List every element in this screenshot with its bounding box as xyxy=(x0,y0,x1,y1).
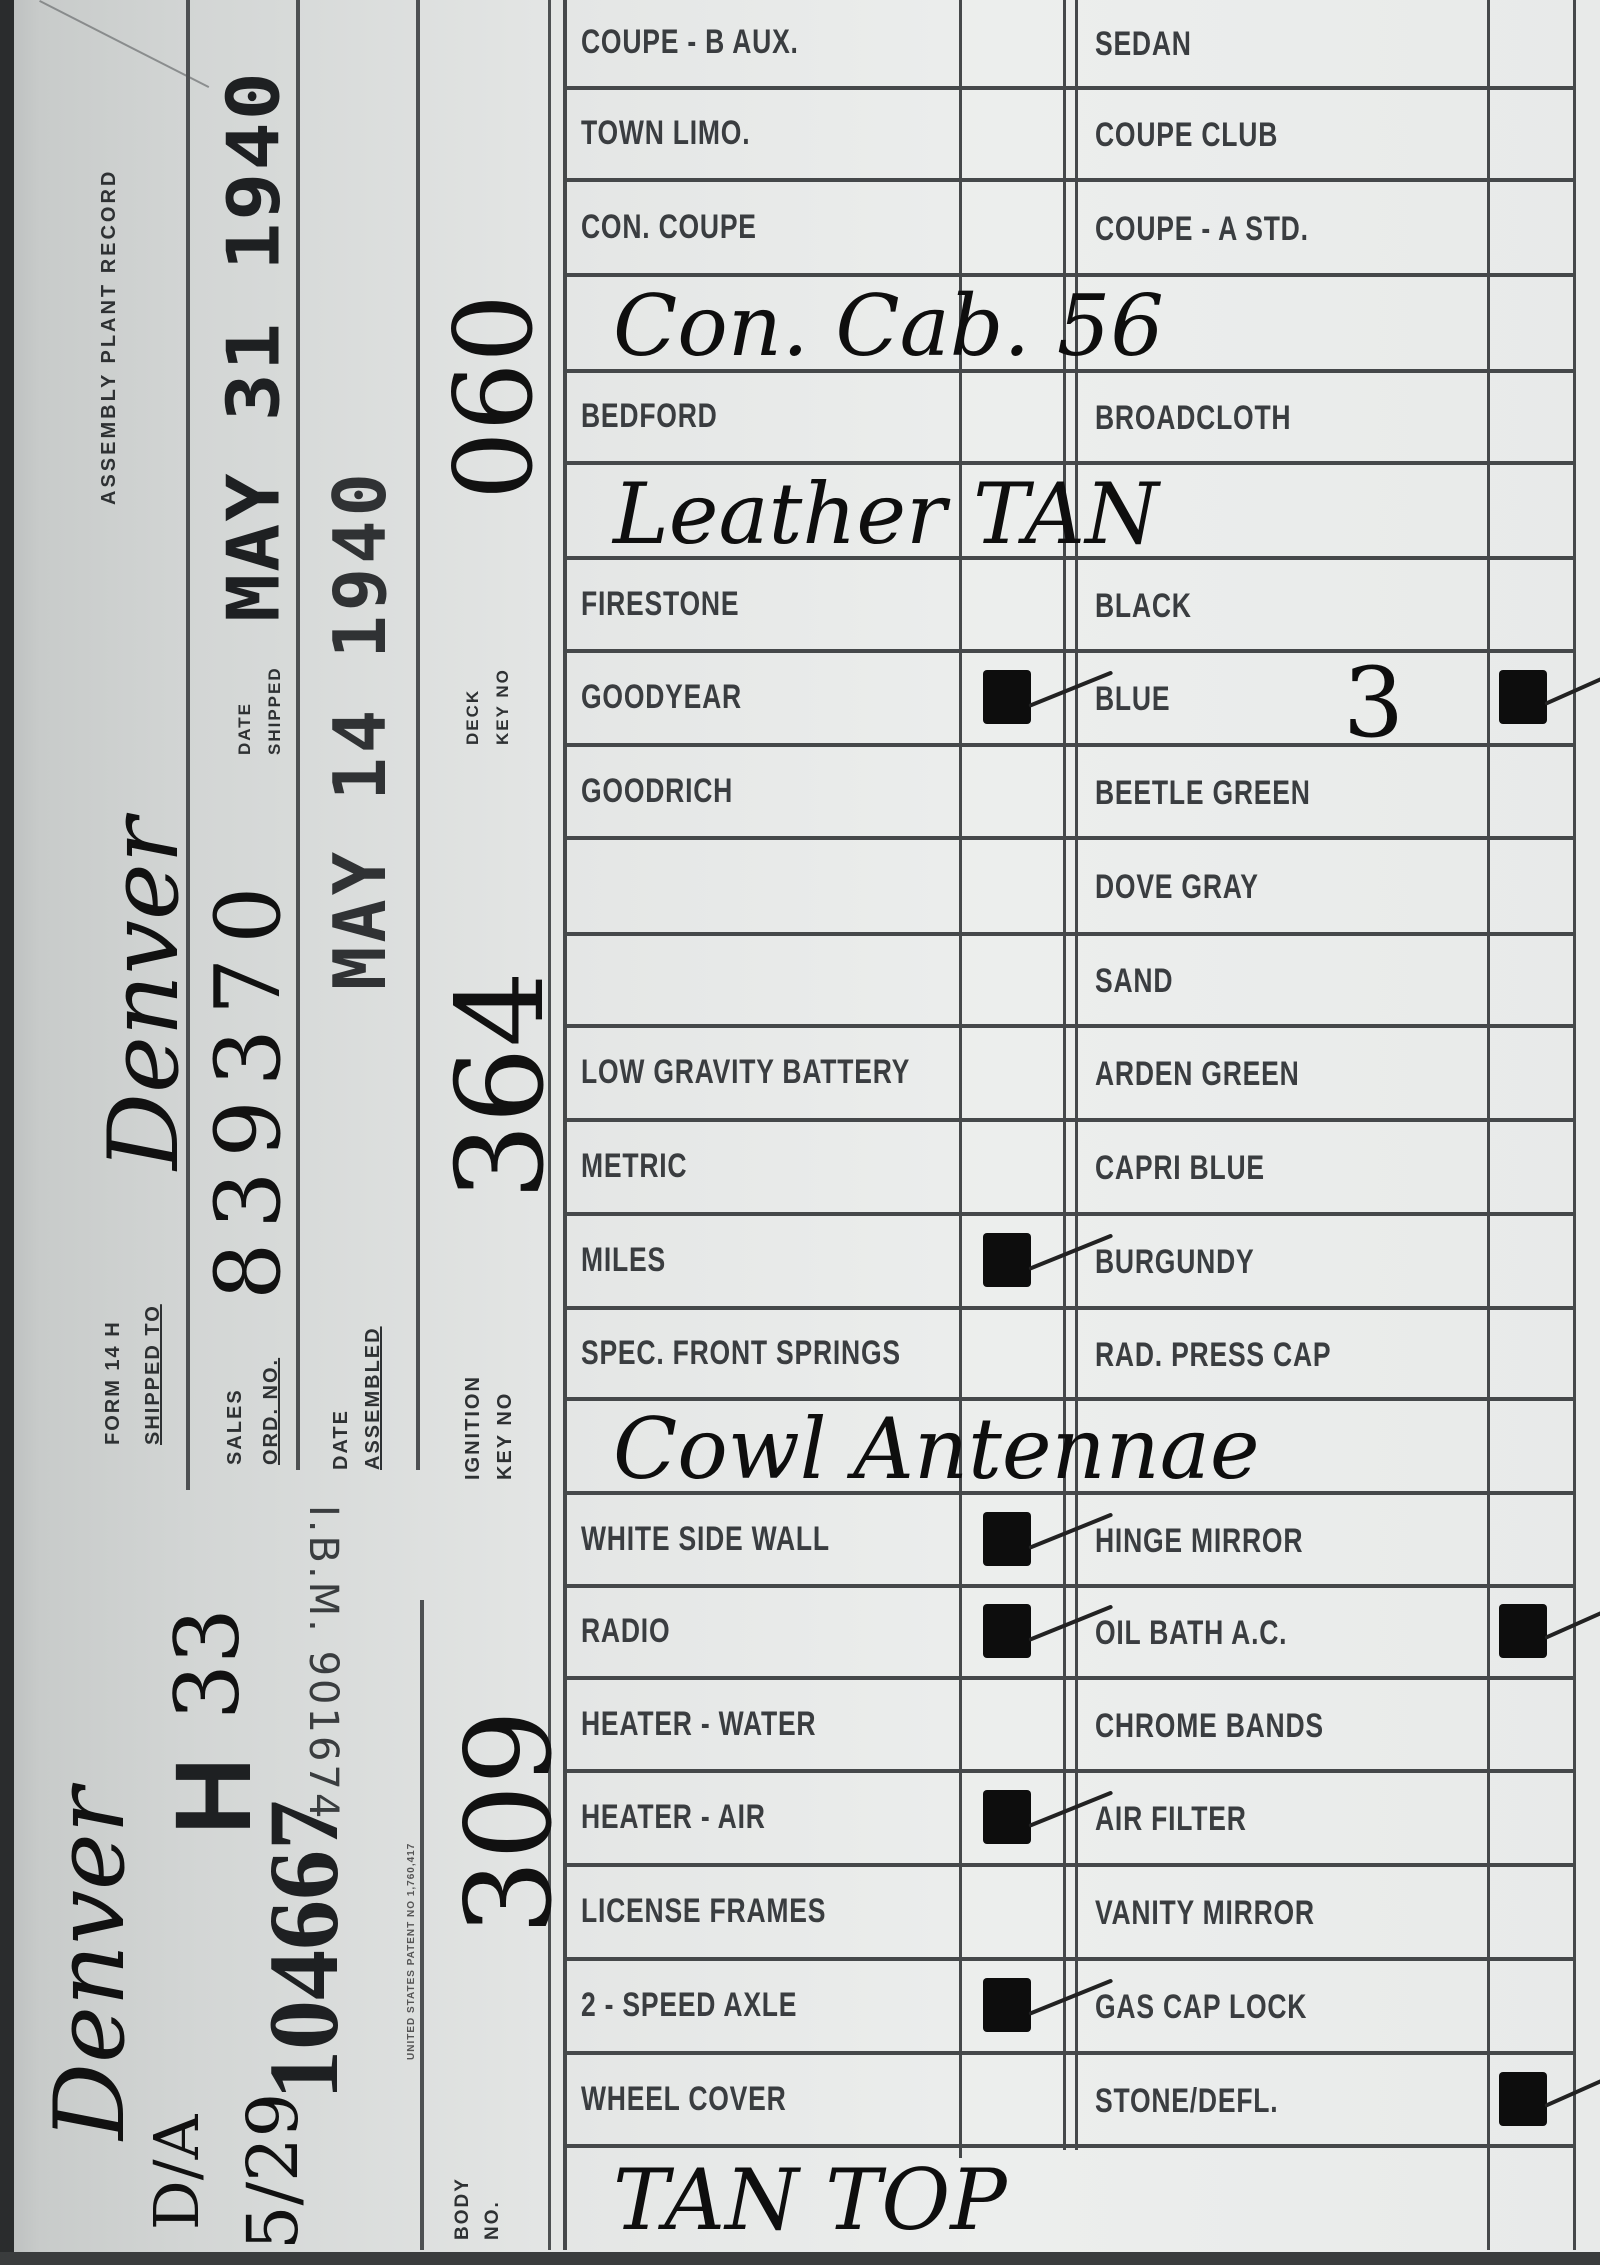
option-checkbox-right[interactable] xyxy=(1491,653,1573,747)
option-row: LICENSE FRAMESVANITY MIRROR xyxy=(563,1867,1576,1961)
sales-ord-label-line2: ORD. NO. xyxy=(258,1358,284,1465)
body-no-label-line2: NO. xyxy=(480,2200,506,2240)
option-label-left: HEATER - AIR xyxy=(581,1798,766,1837)
check-mark-icon xyxy=(983,1233,1031,1287)
date-shipped-label-line2: SHIPPED xyxy=(262,666,288,755)
sales-ord-label-line1: SALES xyxy=(222,1388,248,1465)
form-number: FORM 14 H xyxy=(100,1320,126,1445)
option-row: DOVE GRAY xyxy=(563,840,1576,936)
option-row: COUPE - B AUX.SEDAN xyxy=(563,0,1576,90)
option-checkbox-right[interactable] xyxy=(1491,90,1573,182)
date-shipped-stamp: MAY 31 1940 xyxy=(212,70,296,622)
option-row: HEATER - AIRAIR FILTER xyxy=(563,1773,1576,1867)
option-row: MILESBURGUNDY xyxy=(563,1216,1576,1310)
shipped-to-value: Denver xyxy=(88,817,200,1170)
option-row: SPEC. FRONT SPRINGSRAD. PRESS CAP xyxy=(563,1310,1576,1401)
check-mark-icon xyxy=(1499,2072,1547,2126)
option-checkbox-left[interactable] xyxy=(963,747,1059,840)
option-checkbox-left[interactable] xyxy=(963,1310,1059,1401)
option-label-right: GAS CAP LOCK xyxy=(1095,1988,1307,2027)
shipped-to-label: SHIPPED TO xyxy=(140,1304,166,1445)
option-label-left: COUPE - B AUX. xyxy=(581,23,799,62)
option-label-right: HINGE MIRROR xyxy=(1095,1522,1303,1561)
card-left-edge-shadow xyxy=(0,0,14,2265)
ignition-key-label-line1: IGNITION xyxy=(460,1375,486,1480)
option-checkbox-left[interactable] xyxy=(963,1961,1059,2055)
option-checkbox-right[interactable] xyxy=(1491,1961,1573,2055)
check-mark-icon xyxy=(983,1790,1031,1844)
divider-line xyxy=(420,1600,424,2250)
option-label-left: METRIC xyxy=(581,1147,687,1186)
option-label-right: CHROME BANDS xyxy=(1095,1707,1324,1746)
option-label-right: COUPE - A STD. xyxy=(1095,210,1309,249)
assembly-plant-record-card: ASSEMBLY PLANT RECORD FORM 14 H SHIPPED … xyxy=(0,0,1600,2265)
handwritten-note: TAN TOP xyxy=(613,2151,1007,2249)
ignition-key-label-line2: KEY NO xyxy=(492,1392,518,1480)
option-label-left: HEATER - WATER xyxy=(581,1705,816,1744)
option-label-left: BEDFORD xyxy=(581,397,718,436)
date-assembled-stamp: MAY 14 1940 xyxy=(318,469,402,990)
option-checkbox-left[interactable] xyxy=(963,90,1059,182)
deck-key-label-line2: KEY NO xyxy=(490,668,516,745)
option-checkbox-right[interactable] xyxy=(1491,936,1573,1028)
option-checkbox-left[interactable] xyxy=(963,1867,1059,1961)
option-label-right: CAPRI BLUE xyxy=(1095,1149,1265,1188)
option-checkbox-left[interactable] xyxy=(963,182,1059,277)
date-assembled-label-line1: DATE xyxy=(328,1409,354,1470)
handwritten-row: Cowl Antennae xyxy=(563,1401,1576,1495)
margin-note-line2: D/A xyxy=(140,2115,213,2230)
option-label-right: OIL BATH A.C. xyxy=(1095,1614,1287,1653)
option-row: HEATER - WATERCHROME BANDS xyxy=(563,1680,1576,1773)
handwritten-note: Leather TAN xyxy=(613,465,1159,563)
option-label-right: SEDAN xyxy=(1095,25,1192,64)
option-row: WHEEL COVERSTONE/DEFL. xyxy=(563,2055,1576,2148)
option-checkbox-right[interactable] xyxy=(1491,1310,1573,1401)
option-checkbox-left[interactable] xyxy=(963,1773,1059,1867)
option-checkbox-right[interactable] xyxy=(1491,840,1573,936)
check-stroke-icon xyxy=(1544,2075,1600,2107)
option-label-left: 2 - SPEED AXLE xyxy=(581,1986,797,2025)
option-row: RADIOOIL BATH A.C. xyxy=(563,1588,1576,1680)
option-checkbox-right[interactable] xyxy=(1491,1216,1573,1310)
option-label-left: GOODYEAR xyxy=(581,678,742,717)
margin-note-line1: Denver xyxy=(34,1787,146,2140)
handwritten-quantity: 3 xyxy=(1343,647,1404,759)
option-label-left: LOW GRAVITY BATTERY xyxy=(581,1053,910,1092)
option-checkbox-right[interactable] xyxy=(1491,0,1573,90)
option-label-left: LICENSE FRAMES xyxy=(581,1892,826,1931)
option-checkbox-right[interactable] xyxy=(1491,747,1573,840)
option-checkbox-left[interactable] xyxy=(963,1216,1059,1310)
option-row: BEDFORDBROADCLOTH xyxy=(563,373,1576,465)
handwritten-row: Leather TAN xyxy=(563,465,1576,560)
margin-note-line3: 5/29 xyxy=(232,2093,314,2250)
options-grid: COUPE - B AUX.SEDANTOWN LIMO.COUPE CLUBC… xyxy=(563,0,1576,2265)
option-checkbox-right[interactable] xyxy=(1491,1495,1573,1588)
option-label-left: CON. COUPE xyxy=(581,208,757,247)
option-label-left: TOWN LIMO. xyxy=(581,114,750,153)
check-mark-icon xyxy=(983,670,1031,724)
card-title: ASSEMBLY PLANT RECORD xyxy=(96,169,122,505)
option-checkbox-right[interactable] xyxy=(1491,373,1573,465)
option-checkbox-right[interactable] xyxy=(1491,1773,1573,1867)
sales-ord-value: 839370 xyxy=(196,872,301,1300)
divider-line xyxy=(416,0,420,1470)
card-bottom-edge xyxy=(0,2252,1600,2265)
option-row: METRICCAPRI BLUE xyxy=(563,1122,1576,1216)
option-label-right: COUPE CLUB xyxy=(1095,116,1278,155)
option-checkbox-right[interactable] xyxy=(1491,1680,1573,1773)
option-checkbox-left[interactable] xyxy=(963,1122,1059,1216)
date-shipped-label-line1: DATE xyxy=(232,702,258,755)
option-row: TOWN LIMO.COUPE CLUB xyxy=(563,90,1576,182)
option-label-left: FIRESTONE xyxy=(581,585,739,624)
handwritten-note: Cowl Antennae xyxy=(613,1400,1260,1498)
ibm-number: I.B.M. 901674 xyxy=(300,1505,346,1821)
option-row: LOW GRAVITY BATTERYARDEN GREEN xyxy=(563,1028,1576,1122)
option-checkbox-left[interactable] xyxy=(963,560,1059,653)
check-mark-icon xyxy=(983,1978,1031,2032)
divider-line xyxy=(186,0,190,1490)
option-label-right: STONE/DEFL. xyxy=(1095,2082,1278,2121)
option-row: GOODRICHBEETLE GREEN xyxy=(563,747,1576,840)
option-row: GOODYEARBLUE3 xyxy=(563,653,1576,747)
check-mark-icon xyxy=(983,1512,1031,1566)
option-checkbox-left[interactable] xyxy=(963,653,1059,747)
option-checkbox-left[interactable] xyxy=(963,1588,1059,1680)
check-stroke-icon xyxy=(1544,674,1600,706)
deck-key-value: 060 xyxy=(432,294,557,500)
option-label-right: ARDEN GREEN xyxy=(1095,1055,1300,1094)
body-no-value: 309 xyxy=(440,1710,578,1935)
option-checkbox-left[interactable] xyxy=(963,1028,1059,1122)
option-checkbox-right[interactable] xyxy=(1491,2055,1573,2148)
option-checkbox-left[interactable] xyxy=(963,0,1059,90)
date-assembled-label-line2: ASSEMBLED xyxy=(360,1326,386,1470)
option-label-right: DOVE GRAY xyxy=(1095,868,1259,907)
option-label-left: RADIO xyxy=(581,1612,670,1651)
option-row: 2 - SPEED AXLEGAS CAP LOCK xyxy=(563,1961,1576,2055)
option-checkbox-left[interactable] xyxy=(963,1495,1059,1588)
option-label-right: AIR FILTER xyxy=(1095,1800,1247,1839)
option-checkbox-right[interactable] xyxy=(1491,1588,1573,1680)
card-crease-line xyxy=(39,0,209,88)
check-mark-icon xyxy=(1499,1604,1547,1658)
option-checkbox-right[interactable] xyxy=(1491,1028,1573,1122)
option-row: SAND xyxy=(563,936,1576,1028)
option-checkbox-right[interactable] xyxy=(1491,1867,1573,1961)
deck-key-label-line1: DECK xyxy=(460,689,486,745)
option-label-right: BURGUNDY xyxy=(1095,1243,1254,1282)
option-label-right: VANITY MIRROR xyxy=(1095,1894,1315,1933)
patent-note: UNITED STATES PATENT NO 1,760,417 xyxy=(406,1843,417,2060)
option-checkbox-left[interactable] xyxy=(963,2055,1059,2148)
option-label-right: BLUE xyxy=(1095,680,1170,719)
option-row: WHITE SIDE WALLHINGE MIRROR xyxy=(563,1495,1576,1588)
check-mark-icon xyxy=(983,1604,1031,1658)
option-checkbox-right[interactable] xyxy=(1491,182,1573,277)
check-mark-icon xyxy=(1499,670,1547,724)
option-label-right: BEETLE GREEN xyxy=(1095,774,1311,813)
option-label-left: WHEEL COVER xyxy=(581,2080,787,2119)
option-label-right: BROADCLOTH xyxy=(1095,399,1291,438)
option-checkbox-left[interactable] xyxy=(963,936,1059,1028)
option-label-left: MILES xyxy=(581,1241,666,1280)
option-checkbox-right[interactable] xyxy=(1491,560,1573,653)
option-checkbox-right[interactable] xyxy=(1491,1122,1573,1216)
option-checkbox-left[interactable] xyxy=(963,1680,1059,1773)
serial-number-stamp: 104667 xyxy=(246,1800,361,2100)
handwritten-row: TAN TOP xyxy=(563,2148,1576,2250)
option-label-right: SAND xyxy=(1095,962,1173,1001)
serial-suffix-handwritten: 33 xyxy=(156,1608,259,1720)
option-row: FIRESTONEBLACK xyxy=(563,560,1576,653)
option-label-right: RAD. PRESS CAP xyxy=(1095,1336,1331,1375)
option-checkbox-left[interactable] xyxy=(963,373,1059,465)
check-stroke-icon xyxy=(1544,1608,1600,1640)
option-label-right: BLACK xyxy=(1095,587,1192,626)
option-label-left: WHITE SIDE WALL xyxy=(581,1520,830,1559)
handwritten-row: Con. Cab. 56 xyxy=(563,277,1576,373)
ignition-key-value: 364 xyxy=(432,971,571,1200)
option-row: CON. COUPECOUPE - A STD. xyxy=(563,182,1576,277)
handwritten-note: Con. Cab. 56 xyxy=(613,277,1164,375)
serial-prefix-stamp: H xyxy=(150,1757,275,1835)
body-no-label-line1: BODY xyxy=(450,2177,476,2240)
option-label-left: SPEC. FRONT SPRINGS xyxy=(581,1334,901,1373)
option-label-left: GOODRICH xyxy=(581,772,733,811)
option-checkbox-left[interactable] xyxy=(963,840,1059,936)
